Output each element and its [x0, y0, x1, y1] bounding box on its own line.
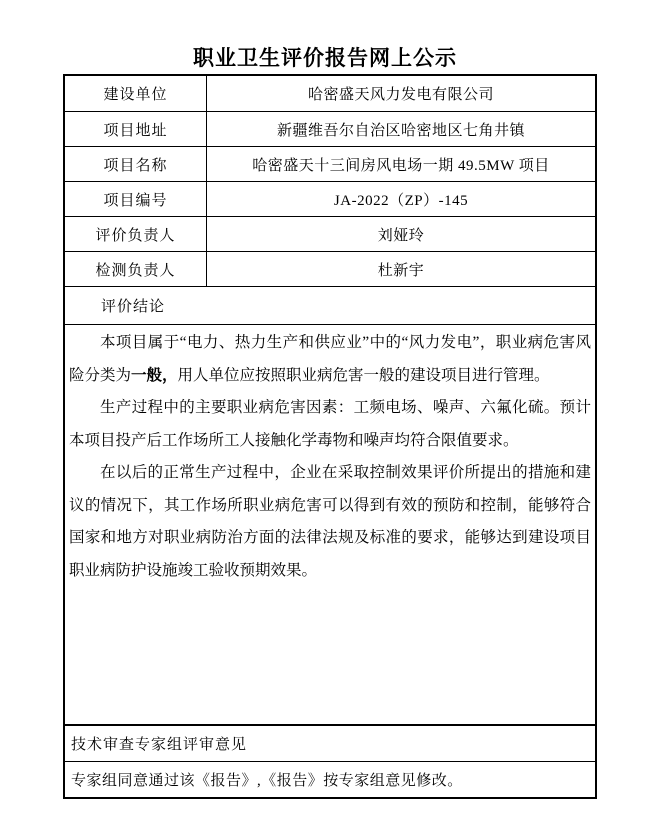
row-label: 项目名称	[65, 147, 207, 181]
row-value: 新疆维吾尔自治区哈密地区七角井镇	[207, 112, 595, 146]
conclusion-body-cell: 本项目属于“电力、热力生产和供应业”中的“风力发电”，职业病危害风险分类为一般，…	[65, 324, 595, 724]
row-value: JA-2022（ZP）-145	[207, 182, 595, 216]
review-comment-row: 专家组同意通过该《报告》,《报告》按专家组意见修改。	[65, 761, 595, 797]
table-row-project-number: 项目编号 JA-2022（ZP）-145	[65, 181, 595, 216]
review-header-row: 技术审查专家组评审意见	[65, 724, 595, 761]
row-label: 建设单位	[65, 76, 207, 111]
table-row-evaluation-leader: 评价负责人 刘娅玲	[65, 216, 595, 251]
row-value: 哈密盛天风力发电有限公司	[207, 76, 595, 111]
table-row-project-name: 项目名称 哈密盛天十三间房风电场一期 49.5MW 项目	[65, 146, 595, 181]
row-value: 杜新宇	[207, 252, 595, 286]
row-label: 项目地址	[65, 112, 207, 146]
table-row-construction-unit: 建设单位 哈密盛天风力发电有限公司	[65, 76, 595, 111]
row-label: 项目编号	[65, 182, 207, 216]
table-row-testing-leader: 检测负责人 杜新宇	[65, 251, 595, 286]
table-row-project-address: 项目地址 新疆维吾尔自治区哈密地区七角井镇	[65, 111, 595, 146]
conclusion-paragraph-3: 在以后的正常生产过程中，企业在采取控制效果评价所提出的措施和建议的情况下，其工作…	[69, 457, 591, 587]
row-label: 评价负责人	[65, 217, 207, 251]
document-table: 建设单位 哈密盛天风力发电有限公司 项目地址 新疆维吾尔自治区哈密地区七角井镇 …	[63, 74, 597, 799]
review-header-label: 技术审查专家组评审意见	[71, 733, 247, 754]
conclusion-paragraph-2: 生产过程中的主要职业病危害因素：工频电场、噪声、六氟化硫。预计本项目投产后工作场…	[69, 392, 591, 457]
conclusion-header-row: 评价结论	[65, 286, 595, 324]
conclusion-p1-post: 用人单位应按照职业病危害一般的建设项目进行管理。	[178, 367, 550, 384]
row-label: 检测负责人	[65, 252, 207, 286]
row-value: 哈密盛天十三间房风电场一期 49.5MW 项目	[207, 147, 595, 181]
conclusion-p1-bold: 一般，	[131, 367, 178, 384]
conclusion-header-label: 评价结论	[101, 295, 165, 316]
conclusion-paragraph-1: 本项目属于“电力、热力生产和供应业”中的“风力发电”，职业病危害风险分类为一般，…	[69, 327, 591, 392]
page-title: 职业卫生评价报告网上公示	[0, 42, 650, 72]
row-value: 刘娅玲	[207, 217, 595, 251]
review-comment-text: 专家组同意通过该《报告》,《报告》按专家组意见修改。	[71, 769, 463, 790]
